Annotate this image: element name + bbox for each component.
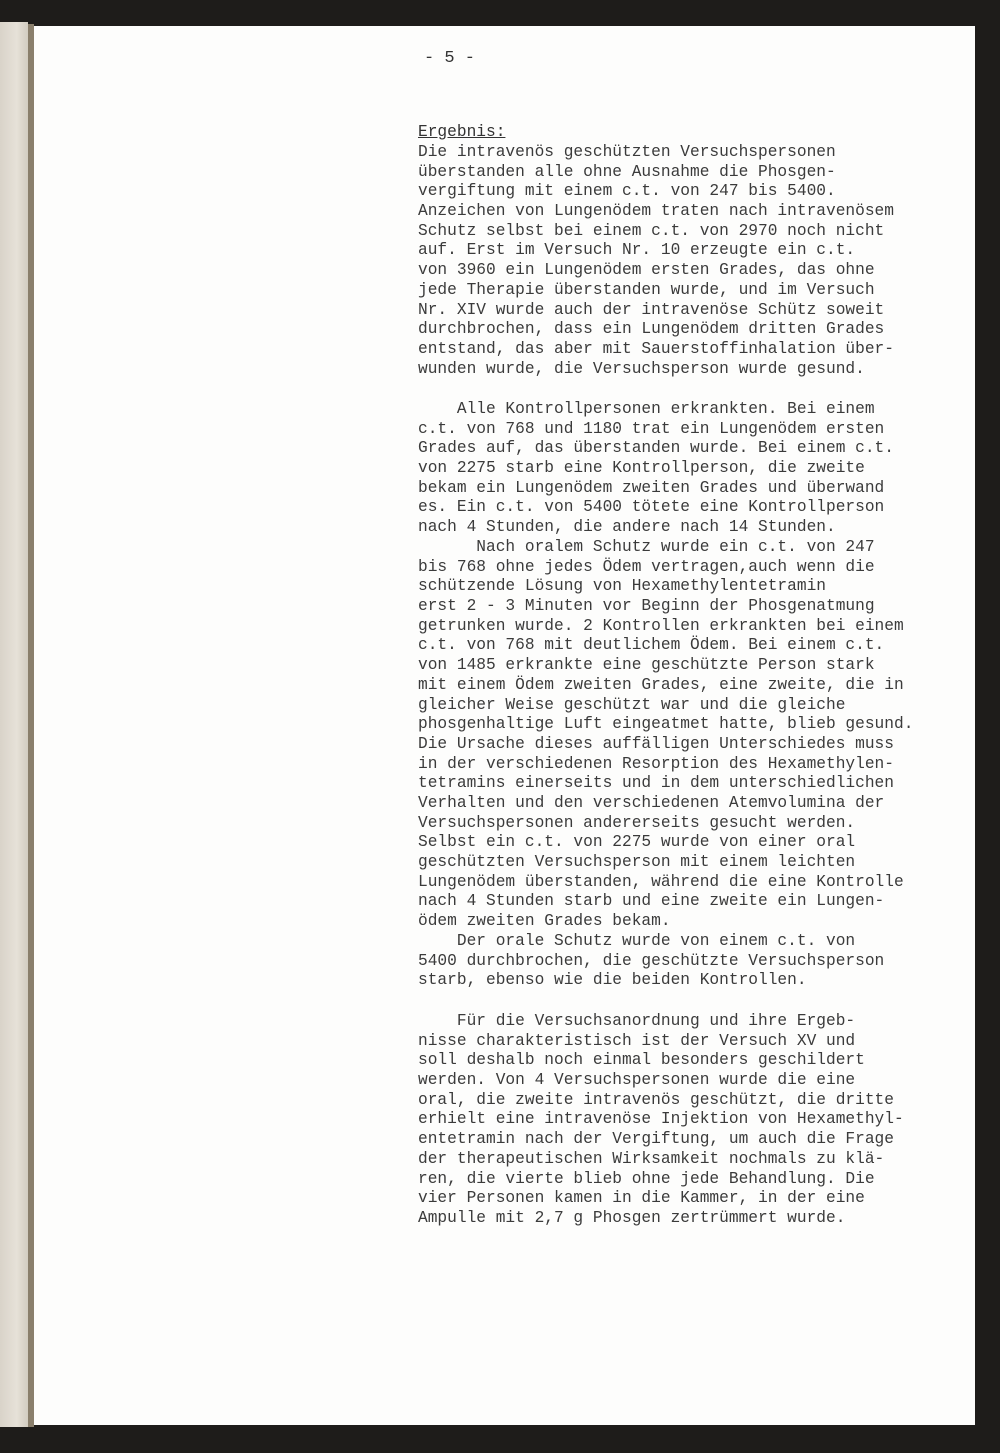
text-line: wunden wurde, die Versuchsperson wurde g… <box>418 360 894 380</box>
text-line: entstand, das aber mit Sauerstoffinhalat… <box>418 340 894 360</box>
paragraph-p5: Für die Versuchsanordnung und ihre Ergeb… <box>418 1012 904 1229</box>
text-line: oral, die zweite intravenös geschützt, d… <box>418 1091 904 1111</box>
text-line: von 2275 starb eine Kontrollperson, die … <box>418 459 894 479</box>
text-line: erhielt eine intravenöse Injektion von H… <box>418 1110 904 1130</box>
text-line: vier Personen kamen in die Kammer, in de… <box>418 1189 904 1209</box>
text-line: starb, ebenso wie die beiden Kontrollen. <box>418 971 884 991</box>
text-line: auf. Erst im Versuch Nr. 10 erzeugte ein… <box>418 241 894 261</box>
text-line: nisse charakteristisch ist der Versuch X… <box>418 1032 904 1052</box>
text-line: Ampulle mit 2,7 g Phosgen zertrümmert wu… <box>418 1209 904 1229</box>
text-line: Die Ursache dieses auffälligen Unterschi… <box>418 735 913 755</box>
text-line: Verhalten und den verschiedenen Atemvolu… <box>418 794 913 814</box>
text-line: Nach oralem Schutz wurde ein c.t. von 24… <box>418 538 913 558</box>
text-line: Grades auf, das überstanden wurde. Bei e… <box>418 439 894 459</box>
text-line: jede Therapie überstanden wurde, und im … <box>418 281 894 301</box>
text-line: Anzeichen von Lungenödem traten nach int… <box>418 202 894 222</box>
text-line: durchbrochen, dass ein Lungenödem dritte… <box>418 320 894 340</box>
text-line: bis 768 ohne jedes Ödem vertragen,auch w… <box>418 558 913 578</box>
paragraph-p1: Die intravenös geschützten Versuchsperso… <box>418 143 894 379</box>
text-line: mit einem Ödem zweiten Grades, eine zwei… <box>418 676 913 696</box>
text-line: ren, die vierte blieb ohne jede Behandlu… <box>418 1170 904 1190</box>
paragraph-p2: Alle Kontrollpersonen erkrankten. Bei ei… <box>418 400 894 538</box>
text-line: vergiftung mit einem c.t. von 247 bis 54… <box>418 182 894 202</box>
text-line: soll deshalb noch einmal besonders gesch… <box>418 1051 904 1071</box>
text-line: Der orale Schutz wurde von einem c.t. vo… <box>418 932 884 952</box>
text-line: es. Ein c.t. von 5400 tötete eine Kontro… <box>418 498 894 518</box>
text-line: ödem zweiten Grades bekam. <box>418 912 913 932</box>
text-line: der therapeutischen Wirksamkeit nochmals… <box>418 1150 904 1170</box>
text-line: getrunken wurde. 2 Kontrollen erkrankten… <box>418 617 913 637</box>
text-line: c.t. von 768 und 1180 trat ein Lungenöde… <box>418 420 894 440</box>
text-line: von 3960 ein Lungenödem ersten Grades, d… <box>418 261 894 281</box>
text-line: Selbst ein c.t. von 2275 wurde von einer… <box>418 833 913 853</box>
section-heading: Ergebnis: <box>418 123 505 141</box>
text-line: überstanden alle ohne Ausnahme die Phosg… <box>418 163 894 183</box>
text-line: nach 4 Stunden starb und eine zweite ein… <box>418 892 913 912</box>
text-line: geschützten Versuchsperson mit einem lei… <box>418 853 913 873</box>
text-line: Schutz selbst bei einem c.t. von 2970 no… <box>418 222 894 242</box>
adjacent-page-edge <box>0 22 28 1427</box>
text-line: schützende Lösung von Hexamethylentetram… <box>418 577 913 597</box>
text-line: Lungenödem überstanden, während die eine… <box>418 873 913 893</box>
paragraph-p3: Nach oralem Schutz wurde ein c.t. von 24… <box>418 538 913 932</box>
text-line: nach 4 Stunden, die andere nach 14 Stund… <box>418 518 894 538</box>
text-line: erst 2 - 3 Minuten vor Beginn der Phosge… <box>418 597 913 617</box>
text-line: entetramin nach der Vergiftung, um auch … <box>418 1130 904 1150</box>
text-line: Die intravenös geschützten Versuchsperso… <box>418 143 894 163</box>
text-line: werden. Von 4 Versuchspersonen wurde die… <box>418 1071 904 1091</box>
text-line: Versuchspersonen andererseits gesucht we… <box>418 814 913 834</box>
text-line: 5400 durchbrochen, die geschützte Versuc… <box>418 952 884 972</box>
paragraph-p4: Der orale Schutz wurde von einem c.t. vo… <box>418 932 884 991</box>
page-number: - 5 - <box>424 49 475 68</box>
text-line: gleicher Weise geschützt war und die gle… <box>418 696 913 716</box>
text-line: tetramins einerseits und in dem untersch… <box>418 774 913 794</box>
text-line: Nr. XIV wurde auch der intravenöse Schüt… <box>418 301 894 321</box>
text-line: von 1485 erkrankte eine geschützte Perso… <box>418 656 913 676</box>
text-line: phosgenhaltige Luft eingeatmet hatte, bl… <box>418 715 913 735</box>
text-line: in der verschiedenen Resorption des Hexa… <box>418 755 913 775</box>
text-line: c.t. von 768 mit deutlichem Ödem. Bei ei… <box>418 636 913 656</box>
text-line: bekam ein Lungenödem zweiten Grades und … <box>418 479 894 499</box>
text-line: Für die Versuchsanordnung und ihre Ergeb… <box>418 1012 904 1032</box>
text-line: Alle Kontrollpersonen erkrankten. Bei ei… <box>418 400 894 420</box>
